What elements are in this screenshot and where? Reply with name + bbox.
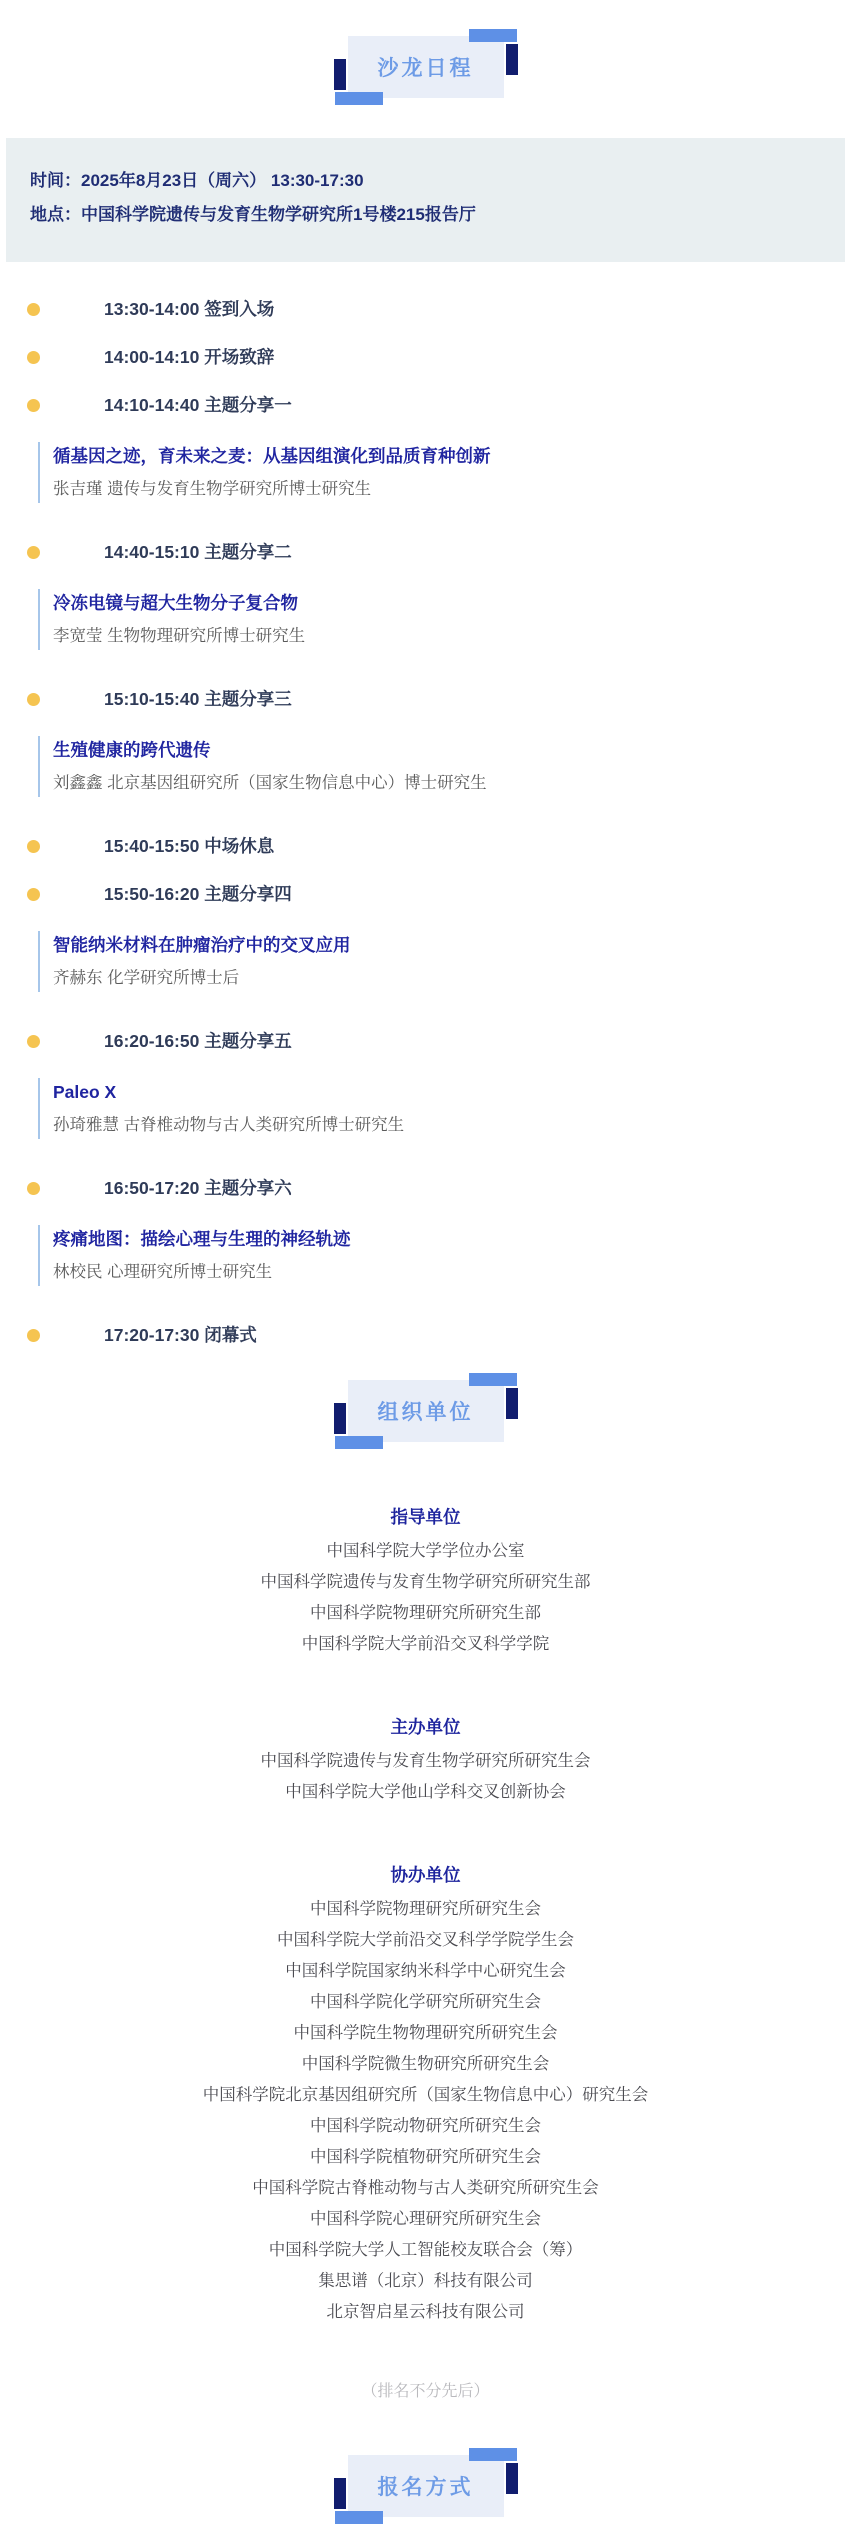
schedule-time-event: 15:50-16:20 主题分享四 bbox=[104, 883, 292, 905]
talk-detail: 生殖健康的跨代遗传刘鑫鑫 北京基因组研究所（国家生物信息中心）博士研究生 bbox=[38, 736, 831, 797]
bullet-icon bbox=[27, 399, 40, 412]
organizer-group-heading: 指导单位 bbox=[0, 1502, 851, 1533]
schedule-time-event: 15:10-15:40 主题分享三 bbox=[104, 688, 292, 710]
organizer-item: 中国科学院遗传与发育生物学研究所研究生部 bbox=[0, 1567, 851, 1598]
event-location: 地点：中国科学院遗传与发育生物学研究所1号楼215报告厅 bbox=[30, 198, 821, 232]
talk-detail: 循基因之迹，育未来之麦：从基因组演化到品质育种创新张吉瑾 遗传与发育生物学研究所… bbox=[38, 442, 831, 503]
schedule-time-event: 14:00-14:10 开场致辞 bbox=[104, 346, 274, 368]
bullet-icon bbox=[27, 1035, 40, 1048]
organizer-item: 中国科学院生物物理研究所研究生会 bbox=[0, 2018, 851, 2049]
schedule-time-event: 13:30-14:00 签到入场 bbox=[104, 298, 274, 320]
badge-corner-bar-icon bbox=[469, 29, 517, 42]
organizers-groups: 指导单位中国科学院大学学位办公室中国科学院遗传与发育生物学研究所研究生部中国科学… bbox=[0, 1502, 851, 2328]
organizer-item: 中国科学院遗传与发育生物学研究所研究生会 bbox=[0, 1746, 851, 1777]
organizer-item: 中国科学院古脊椎动物与古人类研究所研究生会 bbox=[0, 2173, 851, 2204]
bullet-icon bbox=[27, 351, 40, 364]
schedule-time-event: 16:20-16:50 主题分享五 bbox=[104, 1030, 292, 1052]
talk-detail: 智能纳米材料在肿瘤治疗中的交叉应用齐赫东 化学研究所博士后 bbox=[38, 931, 831, 992]
badge-corner-bar-icon bbox=[334, 59, 346, 90]
bullet-icon bbox=[27, 546, 40, 559]
organizer-item: 中国科学院心理研究所研究生会 bbox=[0, 2204, 851, 2235]
schedule-time-event: 15:40-15:50 中场休息 bbox=[104, 835, 274, 857]
organizer-item: 中国科学院大学人工智能校友联合会（筹） bbox=[0, 2235, 851, 2266]
schedule-item: 16:20-16:50 主题分享五 bbox=[0, 1030, 851, 1052]
organizer-group: 主办单位中国科学院遗传与发育生物学研究所研究生会中国科学院大学他山学科交叉创新协… bbox=[0, 1712, 851, 1808]
schedule-list: 13:30-14:00 签到入场14:00-14:10 开场致辞14:10-14… bbox=[0, 298, 851, 1346]
organizers-section-header: 组织单位 bbox=[0, 1380, 851, 1442]
talk-title: 循基因之迹，育未来之麦：从基因组演化到品质育种创新 bbox=[53, 445, 831, 467]
organizer-item: 中国科学院大学学位办公室 bbox=[0, 1536, 851, 1567]
bullet-icon bbox=[27, 1329, 40, 1342]
organizer-item: 中国科学院物理研究所研究生部 bbox=[0, 1598, 851, 1629]
talk-speaker: 孙琦雅慧 古脊椎动物与古人类研究所博士研究生 bbox=[53, 1115, 831, 1136]
badge-corner-bar-icon bbox=[469, 1373, 517, 1386]
talk-speaker: 齐赫东 化学研究所博士后 bbox=[53, 968, 831, 989]
schedule-item: 15:50-16:20 主题分享四 bbox=[0, 883, 851, 905]
bullet-icon bbox=[27, 693, 40, 706]
organizer-item: 中国科学院动物研究所研究生会 bbox=[0, 2111, 851, 2142]
badge-corner-bar-icon bbox=[334, 1403, 346, 1434]
talk-title: 疼痛地图：描绘心理与生理的神经轨迹 bbox=[53, 1228, 831, 1250]
schedule-item: 14:00-14:10 开场致辞 bbox=[0, 346, 851, 368]
organizers-badge-label: 组织单位 bbox=[378, 1401, 474, 1424]
badge-corner-bar-icon bbox=[335, 1436, 383, 1449]
event-info-box: 时间：2025年8月23日（周六） 13:30-17:30 地点：中国科学院遗传… bbox=[6, 138, 845, 262]
schedule-item: 15:10-15:40 主题分享三 bbox=[0, 688, 851, 710]
organizer-group: 协办单位中国科学院物理研究所研究生会中国科学院大学前沿交叉科学学院学生会中国科学… bbox=[0, 1860, 851, 2328]
talk-title: 冷冻电镜与超大生物分子复合物 bbox=[53, 592, 831, 614]
organizer-group: 指导单位中国科学院大学学位办公室中国科学院遗传与发育生物学研究所研究生部中国科学… bbox=[0, 1502, 851, 1660]
bullet-icon bbox=[27, 888, 40, 901]
event-time: 时间：2025年8月23日（周六） 13:30-17:30 bbox=[30, 164, 821, 198]
schedule-time-event: 14:40-15:10 主题分享二 bbox=[104, 541, 292, 563]
organizers-badge: 组织单位 bbox=[348, 1380, 504, 1442]
schedule-time-event: 14:10-14:40 主题分享一 bbox=[104, 394, 292, 416]
talk-speaker: 林校民 心理研究所博士研究生 bbox=[53, 1262, 831, 1283]
bullet-icon bbox=[27, 303, 40, 316]
schedule-time-event: 17:20-17:30 闭幕式 bbox=[104, 1324, 257, 1346]
organizer-group-heading: 协办单位 bbox=[0, 1860, 851, 1891]
badge-corner-bar-icon bbox=[506, 2463, 518, 2494]
organizer-item: 中国科学院化学研究所研究生会 bbox=[0, 1987, 851, 2018]
schedule-item: 13:30-14:00 签到入场 bbox=[0, 298, 851, 320]
schedule-item: 17:20-17:30 闭幕式 bbox=[0, 1324, 851, 1346]
organizer-item: 中国科学院大学前沿交叉科学学院 bbox=[0, 1629, 851, 1660]
organizer-item: 中国科学院北京基因组研究所（国家生物信息中心）研究生会 bbox=[0, 2080, 851, 2111]
talk-title: Paleo X bbox=[53, 1081, 831, 1103]
organizer-item: 中国科学院国家纳米科学中心研究生会 bbox=[0, 1956, 851, 1987]
badge-corner-bar-icon bbox=[335, 2511, 383, 2524]
badge-corner-bar-icon bbox=[469, 2448, 517, 2461]
talk-detail: 冷冻电镜与超大生物分子复合物李宽莹 生物物理研究所博士研究生 bbox=[38, 589, 831, 650]
schedule-item: 14:10-14:40 主题分享一 bbox=[0, 394, 851, 416]
badge-corner-bar-icon bbox=[506, 44, 518, 75]
organizer-item: 中国科学院植物研究所研究生会 bbox=[0, 2142, 851, 2173]
article-page: 沙龙日程 时间：2025年8月23日（周六） 13:30-17:30 地点：中国… bbox=[0, 0, 851, 2527]
badge-corner-bar-icon bbox=[334, 2478, 346, 2509]
organizer-group-heading: 主办单位 bbox=[0, 1712, 851, 1743]
schedule-item: 15:40-15:50 中场休息 bbox=[0, 835, 851, 857]
schedule-item: 16:50-17:20 主题分享六 bbox=[0, 1177, 851, 1199]
talk-detail: 疼痛地图：描绘心理与生理的神经轨迹林校民 心理研究所博士研究生 bbox=[38, 1225, 831, 1286]
badge-corner-bar-icon bbox=[506, 1388, 518, 1419]
schedule-section-header: 沙龙日程 bbox=[0, 36, 851, 98]
talk-title: 生殖健康的跨代遗传 bbox=[53, 739, 831, 761]
organizer-item: 集思谱（北京）科技有限公司 bbox=[0, 2266, 851, 2297]
talk-title: 智能纳米材料在肿瘤治疗中的交叉应用 bbox=[53, 934, 831, 956]
organizer-item: 中国科学院物理研究所研究生会 bbox=[0, 1894, 851, 1925]
schedule-time-event: 16:50-17:20 主题分享六 bbox=[104, 1177, 292, 1199]
organizer-item: 中国科学院大学前沿交叉科学学院学生会 bbox=[0, 1925, 851, 1956]
ranking-note: （排名不分先后） bbox=[0, 2378, 851, 2401]
registration-badge-label: 报名方式 bbox=[378, 2476, 474, 2499]
bullet-icon bbox=[27, 1182, 40, 1195]
bullet-icon bbox=[27, 840, 40, 853]
organizer-item: 中国科学院大学他山学科交叉创新协会 bbox=[0, 1777, 851, 1808]
registration-section-header: 报名方式 bbox=[0, 2455, 851, 2517]
talk-speaker: 刘鑫鑫 北京基因组研究所（国家生物信息中心）博士研究生 bbox=[53, 773, 831, 794]
talk-detail: Paleo X孙琦雅慧 古脊椎动物与古人类研究所博士研究生 bbox=[38, 1078, 831, 1139]
organizer-item: 北京智启星云科技有限公司 bbox=[0, 2297, 851, 2328]
schedule-badge-label: 沙龙日程 bbox=[378, 57, 474, 80]
badge-corner-bar-icon bbox=[335, 92, 383, 105]
registration-badge: 报名方式 bbox=[348, 2455, 504, 2517]
schedule-item: 14:40-15:10 主题分享二 bbox=[0, 541, 851, 563]
schedule-badge: 沙龙日程 bbox=[348, 36, 504, 98]
talk-speaker: 张吉瑾 遗传与发育生物学研究所博士研究生 bbox=[53, 479, 831, 500]
organizer-item: 中国科学院微生物研究所研究生会 bbox=[0, 2049, 851, 2080]
talk-speaker: 李宽莹 生物物理研究所博士研究生 bbox=[53, 626, 831, 647]
